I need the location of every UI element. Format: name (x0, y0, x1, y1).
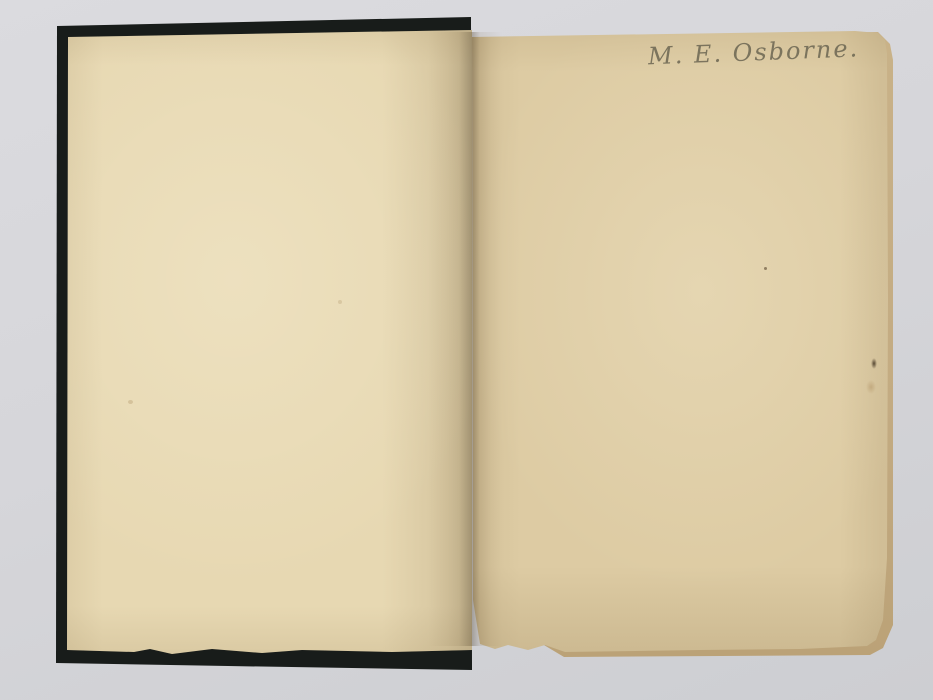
paper-speck (128, 400, 133, 404)
open-book-photo: M. E. Osborne. (0, 0, 933, 700)
fox-spot (764, 267, 767, 270)
fox-spot (866, 380, 876, 394)
paper-speck (338, 300, 342, 304)
owner-inscription-handwriting: M. E. Osborne. (648, 34, 879, 71)
right-flyleaf-page: M. E. Osborne. (470, 28, 890, 654)
fox-spot (871, 358, 877, 369)
left-pastedown-endpaper (62, 28, 472, 656)
